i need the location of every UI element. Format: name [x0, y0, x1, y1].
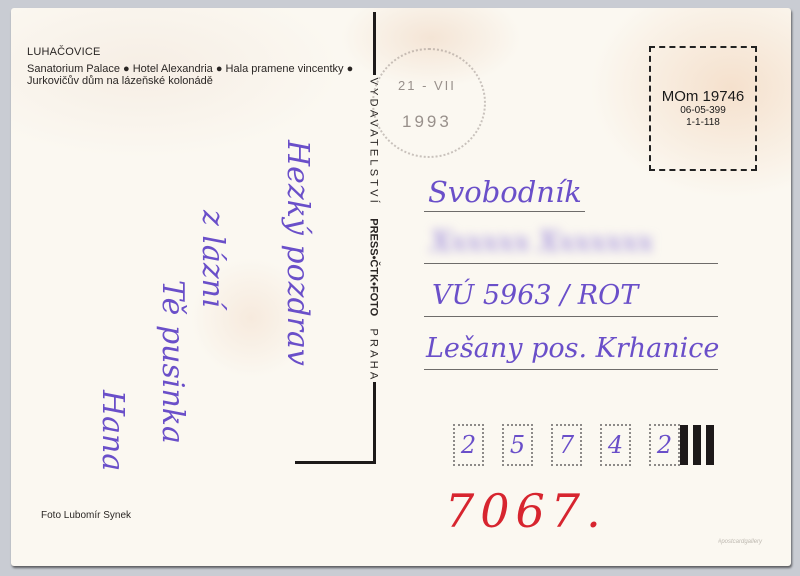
- postal-digit: 5: [502, 424, 533, 466]
- address-line-3: VÚ 5963 / ROT: [432, 280, 638, 311]
- address-line-2-blurred: Xxxxxx Xxxxxxx: [431, 225, 653, 258]
- address-rule-3: [424, 316, 718, 317]
- stamp-line-3: 1-1-118: [651, 117, 755, 129]
- postmark: 21 - VII 1993: [372, 48, 486, 158]
- red-annotation: 7067.: [445, 484, 607, 538]
- publisher-logo: PRESS•ČTK•FOTO: [367, 218, 379, 316]
- watermark: #postcardgallery: [718, 539, 762, 545]
- stamp-code: MOm 19746: [651, 88, 755, 105]
- postmark-year: 1993: [402, 112, 452, 132]
- stamp-box: MOm 19746 06-05-399 1-1-118: [649, 46, 757, 171]
- divider-top: [373, 12, 376, 75]
- message-line: Tě pusinka: [155, 280, 190, 444]
- handwritten-message: Hezký pozdrav z lázní Tě pusinka Hana: [80, 130, 340, 480]
- postal-digit: 2: [649, 424, 680, 466]
- bar: [680, 425, 688, 465]
- postal-digit: 7: [551, 424, 582, 466]
- postal-code: 2 5 7 4 2: [453, 424, 680, 466]
- postal-bars: [680, 425, 714, 465]
- address-rule-2: [424, 263, 718, 264]
- bar: [706, 425, 714, 465]
- address-line-1: Svobodník: [428, 175, 582, 209]
- message-line: z lázní: [195, 210, 230, 308]
- divider-bottom: [373, 382, 376, 464]
- postal-digit: 4: [600, 424, 631, 466]
- location-title: LUHAČOVICE: [27, 46, 101, 58]
- publisher-city: PRAHA: [367, 328, 379, 382]
- address-line-4: Lešany pos. Krhanice: [426, 333, 719, 364]
- postmark-date: 21 - VII: [398, 78, 456, 93]
- stamp-line-2: 06-05-399: [651, 105, 755, 117]
- postal-digit: 2: [453, 424, 484, 466]
- message-line: Hezký pozdrav: [280, 140, 315, 366]
- address-rule-4: [424, 369, 718, 370]
- message-signature: Hana: [95, 390, 130, 471]
- image-description: Sanatorium Palace ● Hotel Alexandria ● H…: [27, 63, 357, 87]
- bar: [693, 425, 701, 465]
- address-rule-1: [424, 211, 585, 212]
- photo-credit: Foto Lubomír Synek: [41, 510, 131, 521]
